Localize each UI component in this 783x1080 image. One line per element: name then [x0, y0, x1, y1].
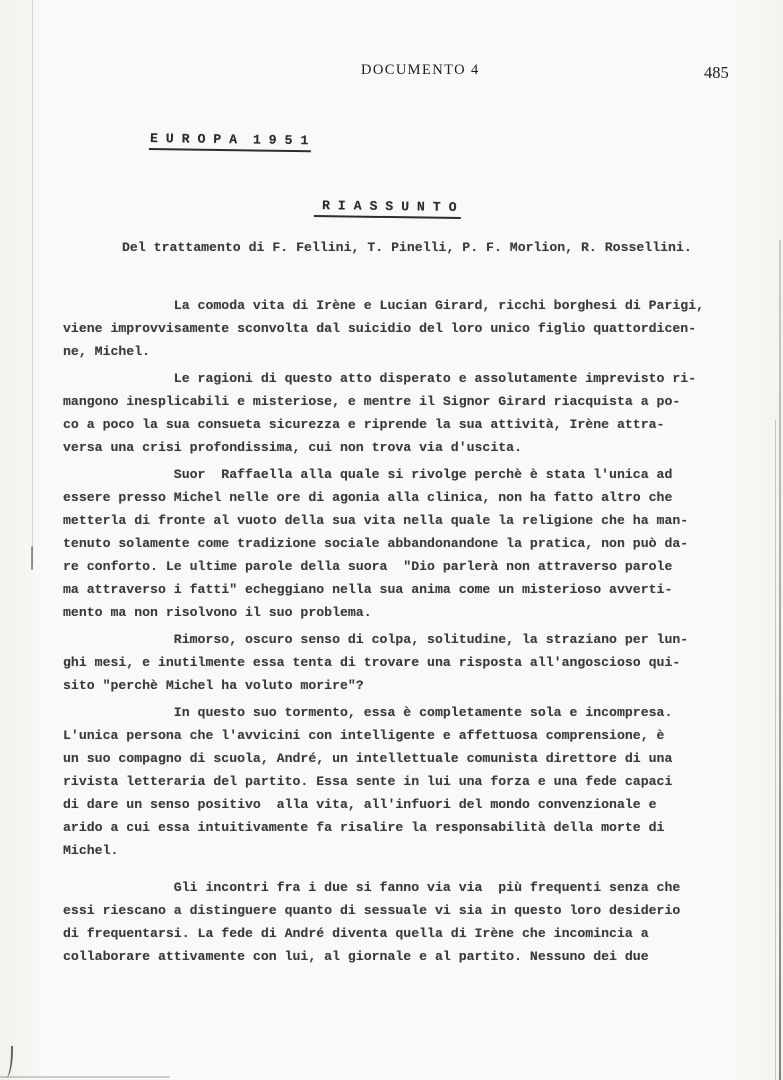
paragraph: La comoda vita di Irène e Lucian Girard,… [63, 294, 723, 363]
paragraph: Rimorso, oscuro senso di colpa, solitudi… [63, 628, 723, 697]
credits-line: Del trattamento di F. Fellini, T. Pinell… [122, 236, 692, 259]
scan-smear-bottom [0, 1076, 170, 1078]
page-number: 485 [704, 63, 729, 83]
scan-fold-line [32, 0, 33, 565]
scanned-document-page: DOCUMENTO 4 485 E U R O P A 1 9 5 1 R I … [0, 0, 783, 1080]
paragraph: Le ragioni di questo atto disperato e as… [63, 367, 723, 459]
scan-edge-line [779, 240, 781, 1080]
paragraph: Gli incontri fra i due si fanno via via … [63, 876, 723, 968]
document-header-text: DOCUMENTO 4 [361, 62, 480, 79]
scan-edge-line-faint [775, 420, 776, 1080]
scan-mark-bottom-left [1, 1046, 13, 1078]
paragraph: In questo suo tormento, essa è completam… [63, 701, 723, 862]
film-title-heading: E U R O P A 1 9 5 1 [149, 131, 312, 152]
summary-heading: R I A S S U N T O [314, 198, 461, 219]
scan-mark-left [31, 546, 33, 570]
document-body: La comoda vita di Irène e Lucian Girard,… [63, 294, 723, 968]
paragraph: Suor Raffaella alla quale si rivolge per… [63, 463, 723, 624]
